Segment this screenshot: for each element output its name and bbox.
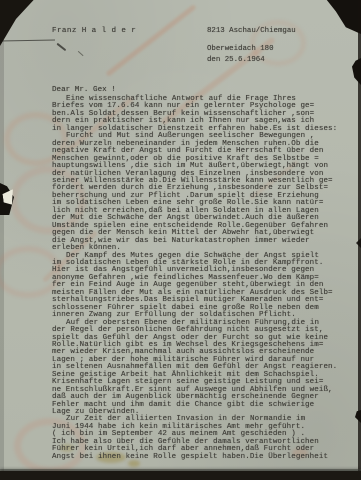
page-edge-shadow bbox=[0, 0, 4, 472]
paragraph-1: Eine wissenschaftliche Antwort auf die F… bbox=[52, 96, 348, 133]
pen-tick-mark bbox=[77, 51, 83, 57]
pen-margin-line bbox=[0, 40, 55, 42]
sender-name: Franz H a l d e r bbox=[52, 27, 136, 35]
letter-scan: Franz H a l d e r 8213 Aschau/Chiemgau O… bbox=[0, 0, 361, 480]
paragraph-3: Der Kampf des Mutes gegen die Schwäche d… bbox=[52, 253, 348, 320]
address-block: 8213 Aschau/Chiemgau Oberweidach 180 den… bbox=[207, 27, 296, 64]
paragraph-2: Furcht und Mut sind Außerungen seelische… bbox=[52, 133, 348, 252]
red-bleed-mark bbox=[105, 4, 196, 77]
letter-date: den 25.6.1964 bbox=[207, 56, 296, 64]
pen-check-mark bbox=[57, 43, 67, 51]
letter-body: Eine wissenschaftliche Antwort auf die F… bbox=[52, 96, 348, 461]
letter-page: Franz H a l d e r 8213 Aschau/Chiemgau O… bbox=[0, 0, 361, 472]
address-city-line: 8213 Aschau/Chiemgau bbox=[207, 27, 296, 35]
address-street-line: Oberweidach 180 bbox=[207, 45, 296, 53]
salutation: Dear Mr. Gex ! bbox=[52, 86, 116, 94]
scan-edge-bottom bbox=[0, 471, 361, 480]
paragraph-4: Auf der obersten Ebene der militärischen… bbox=[52, 320, 348, 417]
paragraph-5: Zur Zeit der alliierten Invasion in der … bbox=[52, 416, 348, 461]
